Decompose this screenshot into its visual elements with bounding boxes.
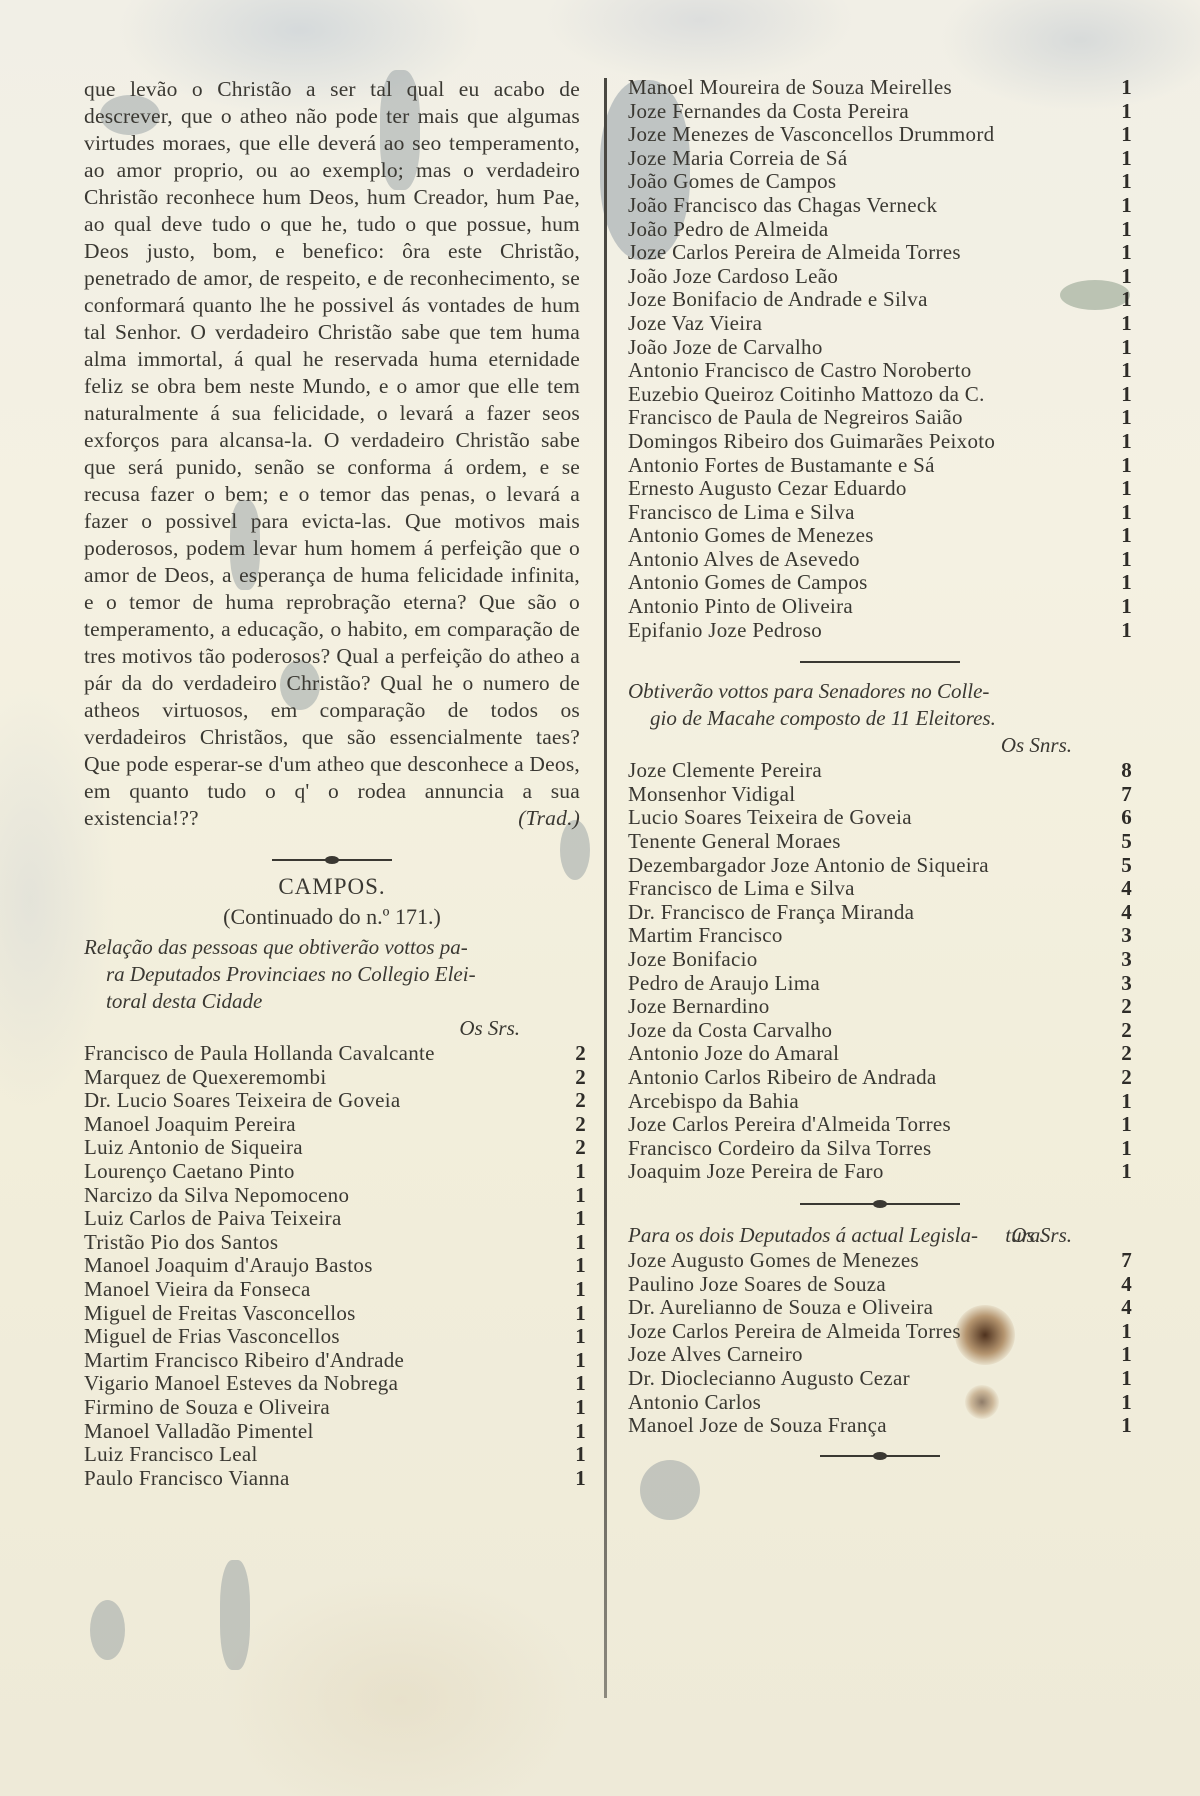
- candidate-name: Dr. Aurelianno de Souza e Oliveira: [628, 1296, 933, 1320]
- list-item: João Pedro de Almeida1: [628, 218, 1132, 242]
- list-item: Manoel Joaquim d'Araujo Bastos1: [84, 1254, 580, 1278]
- candidate-name: João Joze Cardoso Leão: [628, 265, 838, 289]
- intro-line: toral desta Cidade: [84, 988, 580, 1015]
- list-item: Dezembargador Joze Antonio de Siqueira5: [628, 854, 1132, 878]
- list-item: Francisco de Paula Hollanda Cavalcante2: [84, 1042, 580, 1066]
- vote-count: 2: [1114, 1042, 1132, 1066]
- list-item: Paulino Joze Soares de Souza4: [628, 1273, 1132, 1297]
- candidate-name: Antonio Fortes de Bustamante e Sá: [628, 454, 935, 478]
- list-item: Francisco de Lima e Silva1: [628, 501, 1132, 525]
- vote-count: 1: [1114, 571, 1132, 595]
- candidate-name: Tristão Pio dos Santos: [84, 1231, 278, 1255]
- vote-count: 2: [1114, 1019, 1132, 1043]
- intro-line: ra Deputados Provinciaes no Collegio Ele…: [84, 961, 580, 988]
- candidate-name: Joze Augusto Gomes de Menezes: [628, 1249, 919, 1273]
- candidate-name: Paulino Joze Soares de Souza: [628, 1273, 886, 1297]
- senadores-intro: Obtiverão vottos para Senadores no Colle…: [628, 678, 1132, 732]
- list-item: Francisco Cordeiro da Silva Torres1: [628, 1137, 1132, 1161]
- candidate-name: Antonio Carlos: [628, 1391, 761, 1415]
- vote-count: 1: [1114, 1343, 1132, 1367]
- list-item: Joze Augusto Gomes de Menezes7: [628, 1249, 1132, 1273]
- candidate-name: Dr. Dioclecianno Augusto Cezar: [628, 1367, 910, 1391]
- deputados-provinciaes-list: Francisco de Paula Hollanda Cavalcante2M…: [84, 1042, 580, 1490]
- vote-count: 1: [1114, 1414, 1132, 1438]
- list-item: Paulo Francisco Vianna1: [84, 1467, 580, 1491]
- water-stain: [220, 1560, 250, 1670]
- vote-count: 1: [1114, 524, 1132, 548]
- vote-count: 1: [1114, 76, 1132, 100]
- list-item: Antonio Pinto de Oliveira1: [628, 595, 1132, 619]
- vote-count: 1: [1114, 265, 1132, 289]
- vote-count: 1: [568, 1349, 586, 1373]
- candidate-name: Manoel Joaquim Pereira: [84, 1113, 296, 1137]
- list-item: Manoel Vieira da Fonseca1: [84, 1278, 580, 1302]
- list-item: Joze Carlos Pereira de Almeida Torres1: [628, 1320, 1132, 1344]
- candidate-name: Dr. Francisco de França Miranda: [628, 901, 914, 925]
- candidate-name: Joze Carlos Pereira de Almeida Torres: [628, 1320, 961, 1344]
- list-item: Arcebispo da Bahia1: [628, 1090, 1132, 1114]
- candidate-name: Joze Carlos Pereira de Almeida Torres: [628, 241, 961, 265]
- vote-count: 1: [1114, 548, 1132, 572]
- list-item: Manoel Valladão Pimentel1: [84, 1420, 580, 1444]
- list-item: Firmino de Souza e Oliveira1: [84, 1396, 580, 1420]
- section-subtitle: (Continuado do n.º 171.): [84, 904, 580, 930]
- list-item: Narcizo da Silva Nepomoceno1: [84, 1184, 580, 1208]
- vote-count: 1: [568, 1184, 586, 1208]
- candidate-name: Miguel de Freitas Vasconcellos: [84, 1302, 356, 1326]
- vote-count: 1: [1114, 477, 1132, 501]
- left-column: que levão o Christão a ser tal qual eu a…: [84, 76, 580, 1490]
- candidate-name: Firmino de Souza e Oliveira: [84, 1396, 330, 1420]
- list-item: Luiz Francisco Leal1: [84, 1443, 580, 1467]
- vote-count: 2: [568, 1089, 586, 1113]
- candidate-name: Antonio Gomes de Menezes: [628, 524, 874, 548]
- water-stain: [90, 1600, 125, 1660]
- candidate-name: Vigario Manoel Esteves da Nobrega: [84, 1372, 398, 1396]
- list-item: Joze Carlos Pereira d'Almeida Torres1: [628, 1113, 1132, 1137]
- candidate-name: Joze Bernardino: [628, 995, 770, 1019]
- candidate-name: Joze Maria Correia de Sá: [628, 147, 847, 171]
- candidate-name: Ernesto Augusto Cezar Eduardo: [628, 477, 907, 501]
- list-item: Antonio Gomes de Campos1: [628, 571, 1132, 595]
- list-item: Tristão Pio dos Santos1: [84, 1231, 580, 1255]
- vote-count: 2: [568, 1042, 586, 1066]
- vote-count: 1: [1114, 454, 1132, 478]
- candidate-name: Antonio Alves de Asevedo: [628, 548, 860, 572]
- vote-count: 1: [1114, 288, 1132, 312]
- vote-count: 1: [568, 1160, 586, 1184]
- list-item: Lourenço Caetano Pinto1: [84, 1160, 580, 1184]
- candidate-name: Manoel Vieira da Fonseca: [84, 1278, 311, 1302]
- vote-count: 1: [1114, 312, 1132, 336]
- list-item: Ernesto Augusto Cezar Eduardo1: [628, 477, 1132, 501]
- vote-count: 1: [1114, 406, 1132, 430]
- vote-count: 3: [1114, 948, 1132, 972]
- candidate-name: João Gomes de Campos: [628, 170, 836, 194]
- list-item: Miguel de Freitas Vasconcellos1: [84, 1302, 580, 1326]
- candidate-name: Euzebio Queiroz Coitinho Mattozo da C.: [628, 383, 985, 407]
- candidate-name: Joze Carlos Pereira d'Almeida Torres: [628, 1113, 951, 1137]
- vote-count: 2: [568, 1136, 586, 1160]
- candidate-name: Epifanio Joze Pedroso: [628, 619, 822, 643]
- list-item: Antonio Francisco de Castro Noroberto1: [628, 359, 1132, 383]
- vote-count: 1: [1114, 100, 1132, 124]
- list-item: Vigario Manoel Esteves da Nobrega1: [84, 1372, 580, 1396]
- intro-line: Relação das pessoas que obtiverão vottos…: [84, 935, 468, 959]
- candidate-name: Joze Fernandes da Costa Pereira: [628, 100, 909, 124]
- list-item: Monsenhor Vidigal7: [628, 783, 1132, 807]
- vote-count: 4: [1114, 877, 1132, 901]
- candidate-name: Manoel Valladão Pimentel: [84, 1420, 314, 1444]
- vote-count: 5: [1114, 830, 1132, 854]
- list-item: Dr. Dioclecianno Augusto Cezar1: [628, 1367, 1132, 1391]
- candidate-name: Tenente General Moraes: [628, 830, 841, 854]
- list-item: Manoel Joaquim Pereira2: [84, 1113, 580, 1137]
- ornamental-rule: [800, 656, 960, 668]
- vote-count: 1: [1114, 147, 1132, 171]
- vote-count: 1: [1114, 194, 1132, 218]
- list-item: Joze Alves Carneiro1: [628, 1343, 1132, 1367]
- honorific-label: Os Snrs.: [628, 732, 1132, 759]
- vote-count: 1: [568, 1231, 586, 1255]
- vote-count: 3: [1114, 924, 1132, 948]
- candidate-name: Joze da Costa Carvalho: [628, 1019, 832, 1043]
- vote-count: 1: [1114, 1137, 1132, 1161]
- senadores-list: Joze Clemente Pereira8Monsenhor Vidigal7…: [628, 759, 1132, 1184]
- vote-count: 1: [1114, 1367, 1132, 1391]
- list-item: Joze Bonifacio3: [628, 948, 1132, 972]
- candidate-name: Francisco de Lima e Silva: [628, 877, 855, 901]
- vote-count: 1: [1114, 501, 1132, 525]
- column-divider: [604, 78, 607, 1698]
- deputados-geraes-list: Joze Augusto Gomes de Menezes7Paulino Jo…: [628, 1249, 1132, 1438]
- candidate-name: Manoel Joaquim d'Araujo Bastos: [84, 1254, 373, 1278]
- candidate-name: Manoel Moureira de Souza Meirelles: [628, 76, 952, 100]
- candidate-name: Joze Bonifacio de Andrade e Silva: [628, 288, 928, 312]
- candidate-name: Joaquim Joze Pereira de Faro: [628, 1160, 884, 1184]
- candidate-name: Manoel Joze de Souza França: [628, 1414, 887, 1438]
- candidate-name: Luiz Francisco Leal: [84, 1443, 258, 1467]
- list-item: Antonio Alves de Asevedo1: [628, 548, 1132, 572]
- list-item: Joze Vaz Vieira1: [628, 312, 1132, 336]
- list-item: Antonio Joze do Amaral2: [628, 1042, 1132, 1066]
- intro-line: Para os dois Deputados á actual Legisla-: [628, 1223, 978, 1247]
- vote-count: 8: [1114, 759, 1132, 783]
- vote-count: 1: [1114, 170, 1132, 194]
- candidate-name: Joze Vaz Vieira: [628, 312, 762, 336]
- essay-text: que levão o Christão a ser tal qual eu a…: [84, 76, 580, 832]
- candidate-name: Pedro de Araujo Lima: [628, 972, 820, 996]
- candidate-name: Martim Francisco: [628, 924, 783, 948]
- candidate-name: Dr. Lucio Soares Teixeira de Goveia: [84, 1089, 401, 1113]
- continued-vote-list: Manoel Moureira de Souza Meirelles1Joze …: [628, 76, 1132, 642]
- candidate-name: Antonio Carlos Ribeiro de Andrada: [628, 1066, 937, 1090]
- list-item: Tenente General Moraes5: [628, 830, 1132, 854]
- list-item: João Joze Cardoso Leão1: [628, 265, 1132, 289]
- candidate-name: Francisco de Paula Hollanda Cavalcante: [84, 1042, 435, 1066]
- candidate-name: Francisco Cordeiro da Silva Torres: [628, 1137, 931, 1161]
- candidate-name: Joze Bonifacio: [628, 948, 758, 972]
- vote-count: 2: [1114, 995, 1132, 1019]
- water-stain: [640, 1460, 700, 1520]
- candidate-name: Antonio Joze do Amaral: [628, 1042, 839, 1066]
- candidate-name: Luiz Antonio de Siqueira: [84, 1136, 303, 1160]
- list-item: Antonio Gomes de Menezes1: [628, 524, 1132, 548]
- candidate-name: João Joze de Carvalho: [628, 336, 823, 360]
- ornamental-rule: [800, 1198, 960, 1210]
- list-item: Joze Menezes de Vasconcellos Drummord1: [628, 123, 1132, 147]
- candidate-name: Antonio Pinto de Oliveira: [628, 595, 853, 619]
- list-item: Joze Maria Correia de Sá1: [628, 147, 1132, 171]
- list-item: Joze Bernardino2: [628, 995, 1132, 1019]
- candidate-name: João Pedro de Almeida: [628, 218, 829, 242]
- list-item: Dr. Aurelianno de Souza e Oliveira4: [628, 1296, 1132, 1320]
- list-item: Martim Francisco Ribeiro d'Andrade1: [84, 1349, 580, 1373]
- list-item: Antonio Fortes de Bustamante e Sá1: [628, 454, 1132, 478]
- list-item: Domingos Ribeiro dos Guimarães Peixoto1: [628, 430, 1132, 454]
- essay-paragraph: que levão o Christão a ser tal qual eu a…: [84, 77, 580, 830]
- candidate-name: Lucio Soares Teixeira de Goveia: [628, 806, 912, 830]
- list-item: Epifanio Joze Pedroso1: [628, 619, 1132, 643]
- section-title-campos: CAMPOS.: [84, 874, 580, 900]
- vote-count: 1: [568, 1302, 586, 1326]
- candidate-name: Antonio Gomes de Campos: [628, 571, 868, 595]
- intro-line: Obtiverão vottos para Senadores no Colle…: [628, 679, 989, 703]
- list-item: Joze da Costa Carvalho2: [628, 1019, 1132, 1043]
- ornamental-rule: [820, 1450, 940, 1462]
- list-item: Joze Clemente Pereira8: [628, 759, 1132, 783]
- vote-count: 1: [568, 1207, 586, 1231]
- list-item: João Gomes de Campos1: [628, 170, 1132, 194]
- vote-count: 1: [1114, 619, 1132, 643]
- list-item: João Joze de Carvalho1: [628, 336, 1132, 360]
- vote-count: 1: [1114, 336, 1132, 360]
- vote-count: 1: [568, 1278, 586, 1302]
- candidate-name: Antonio Francisco de Castro Noroberto: [628, 359, 972, 383]
- list-item: Marquez de Quexeremombi2: [84, 1066, 580, 1090]
- vote-count: 1: [1114, 595, 1132, 619]
- candidate-name: Arcebispo da Bahia: [628, 1090, 799, 1114]
- list-item: Dr. Lucio Soares Teixeira de Goveia2: [84, 1089, 580, 1113]
- right-column: Manoel Moureira de Souza Meirelles1Joze …: [628, 76, 1132, 1462]
- list-item: Antonio Carlos Ribeiro de Andrada2: [628, 1066, 1132, 1090]
- vote-count: 1: [1114, 430, 1132, 454]
- candidate-name: Domingos Ribeiro dos Guimarães Peixoto: [628, 430, 995, 454]
- vote-count: 1: [568, 1372, 586, 1396]
- candidate-name: João Francisco das Chagas Verneck: [628, 194, 937, 218]
- list-item: Joaquim Joze Pereira de Faro1: [628, 1160, 1132, 1184]
- candidate-name: Joze Clemente Pereira: [628, 759, 822, 783]
- vote-count: 1: [568, 1467, 586, 1491]
- vote-count: 1: [568, 1420, 586, 1444]
- list-item: Miguel de Frias Vasconcellos1: [84, 1325, 580, 1349]
- vote-count: 1: [1114, 1113, 1132, 1137]
- vote-count: 1: [1114, 218, 1132, 242]
- list-item: João Francisco das Chagas Verneck1: [628, 194, 1132, 218]
- list-item: Martim Francisco3: [628, 924, 1132, 948]
- vote-count: 2: [568, 1113, 586, 1137]
- list-item: Lucio Soares Teixeira de Goveia6: [628, 806, 1132, 830]
- candidate-name: Joze Menezes de Vasconcellos Drummord: [628, 123, 994, 147]
- list-item: Joze Fernandes da Costa Pereira1: [628, 100, 1132, 124]
- vote-count: 2: [568, 1066, 586, 1090]
- list-item: Luiz Antonio de Siqueira2: [84, 1136, 580, 1160]
- list-item: Dr. Francisco de França Miranda4: [628, 901, 1132, 925]
- candidate-name: Francisco de Lima e Silva: [628, 501, 855, 525]
- vote-count: 3: [1114, 972, 1132, 996]
- vote-count: 4: [1114, 1296, 1132, 1320]
- candidate-name: Paulo Francisco Vianna: [84, 1467, 290, 1491]
- vote-count: 1: [568, 1325, 586, 1349]
- list-item: Francisco de Lima e Silva4: [628, 877, 1132, 901]
- list-item: Antonio Carlos1: [628, 1391, 1132, 1415]
- candidate-name: Monsenhor Vidigal: [628, 783, 795, 807]
- candidate-name: Joze Alves Carneiro: [628, 1343, 803, 1367]
- candidate-name: Narcizo da Silva Nepomoceno: [84, 1184, 349, 1208]
- vote-count: 1: [568, 1254, 586, 1278]
- list-item: Joze Bonifacio de Andrade e Silva1: [628, 288, 1132, 312]
- list-item: Euzebio Queiroz Coitinho Mattozo da C.1: [628, 383, 1132, 407]
- vote-count: 1: [1114, 1090, 1132, 1114]
- list-item: Francisco de Paula de Negreiros Saião1: [628, 406, 1132, 430]
- vote-count: 2: [1114, 1066, 1132, 1090]
- vote-count: 1: [1114, 1160, 1132, 1184]
- ornamental-rule: [272, 854, 392, 866]
- intro-line: gio de Macahe composto de 11 Eleitores.: [628, 705, 1132, 732]
- list-item: Manoel Joze de Souza França1: [628, 1414, 1132, 1438]
- candidate-name: Miguel de Frias Vasconcellos: [84, 1325, 340, 1349]
- candidate-name: Martim Francisco Ribeiro d'Andrade: [84, 1349, 404, 1373]
- vote-count: 7: [1114, 783, 1132, 807]
- vote-count: 1: [1114, 1391, 1132, 1415]
- vote-count: 1: [1114, 241, 1132, 265]
- vote-count: 1: [1114, 1320, 1132, 1344]
- honorific-label: Os Srs.: [84, 1015, 580, 1042]
- vote-count: 1: [1114, 383, 1132, 407]
- list-item: Manoel Moureira de Souza Meirelles1: [628, 76, 1132, 100]
- list-item: Pedro de Araujo Lima3: [628, 972, 1132, 996]
- vote-count: 1: [568, 1396, 586, 1420]
- candidate-name: Marquez de Quexeremombi: [84, 1066, 326, 1090]
- vote-count: 4: [1114, 1273, 1132, 1297]
- vote-count: 1: [568, 1443, 586, 1467]
- vote-count: 1: [1114, 123, 1132, 147]
- newspaper-page: que levão o Christão a ser tal qual eu a…: [0, 0, 1200, 1796]
- candidate-name: Dezembargador Joze Antonio de Siqueira: [628, 854, 989, 878]
- vote-count: 5: [1114, 854, 1132, 878]
- candidate-name: Francisco de Paula de Negreiros Saião: [628, 406, 963, 430]
- list-item: Luiz Carlos de Paiva Teixeira1: [84, 1207, 580, 1231]
- list-item: Joze Carlos Pereira de Almeida Torres1: [628, 241, 1132, 265]
- vote-count: 7: [1114, 1249, 1132, 1273]
- essay-attribution: (Trad.): [518, 805, 580, 832]
- vote-count: 6: [1114, 806, 1132, 830]
- deputados-provinciaes-intro: Relação das pessoas que obtiverão vottos…: [84, 934, 580, 1015]
- vote-count: 4: [1114, 901, 1132, 925]
- vote-count: 1: [1114, 359, 1132, 383]
- candidate-name: Luiz Carlos de Paiva Teixeira: [84, 1207, 342, 1231]
- candidate-name: Lourenço Caetano Pinto: [84, 1160, 295, 1184]
